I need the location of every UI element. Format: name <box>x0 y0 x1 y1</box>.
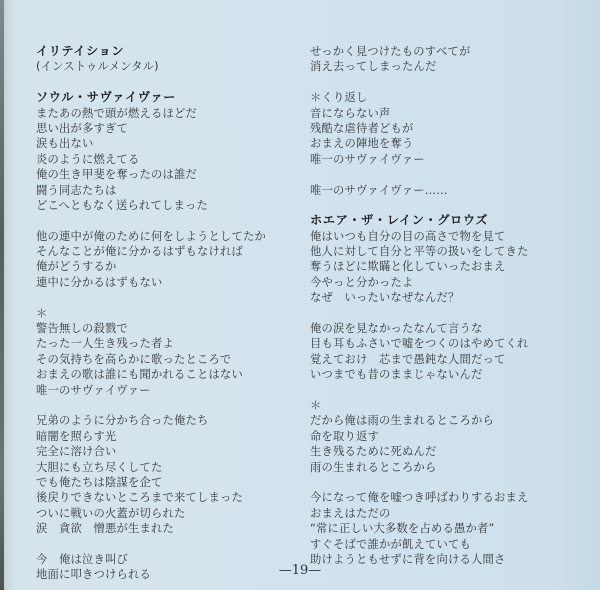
lyric-line: 思い出が多すぎて <box>36 121 306 136</box>
lyric-line: 唯一のサヴァイヴァー…… <box>310 183 590 198</box>
lyric-line: すぐそばで誰かが飢えていても <box>310 537 590 552</box>
lyric-line: おまえの陣地を奪う <box>310 136 590 151</box>
lyric-line: せっかく見つけたものすべてが <box>310 44 590 59</box>
lyric-line: おまえはただの <box>310 506 590 521</box>
lyric-line: たった一人生き残った者よ <box>36 336 306 351</box>
lyric-line: ＊ <box>310 398 590 413</box>
lyric-line: でも俺たちは陰謀を企て <box>36 475 306 490</box>
lyric-line: 目も耳もふさいで嘘をつくのはやめてくれ <box>310 336 590 351</box>
lyric-line: おまえの歌は誰にも聞かれることはない <box>36 367 306 382</box>
lyric-line: 他人に対して自分と平等の扱いをしてきた <box>310 244 590 259</box>
lyric-line: 炎のように燃えてる <box>36 152 306 167</box>
stanza-gap <box>310 475 590 490</box>
lyric-line: 消え去ってしまったんだ <box>310 59 590 74</box>
lyric-line: 命を取り返す <box>310 429 590 444</box>
lyrics-column-right: せっかく見つけたものすべてが消え去ってしまったんだ＊くり返し音にならない声残酷な… <box>310 44 590 567</box>
stanza-gap <box>36 213 306 228</box>
lyric-line: 今になって俺を嘘つき呼ばわりするおまえ <box>310 490 590 505</box>
lyric-line: 雨の生まれるところから <box>310 460 590 475</box>
lyric-line: いつまでも昔のままじゃないんだ <box>310 367 590 382</box>
stanza-gap <box>310 167 590 182</box>
lyric-line: 俺の涙を見なかったなんて言うな <box>310 321 590 336</box>
lyric-line: 他の連中が俺のために何をしようとしてたか <box>36 229 306 244</box>
lyric-line: 警告無しの殺戮で <box>36 321 306 336</box>
lyric-line: 大胆にも立ち尽くしてた <box>36 460 306 475</box>
song-title: ホエア・ザ・レイン・グロウズ <box>310 213 590 228</box>
lyric-line: 闘う同志たちは <box>36 183 306 198</box>
lyric-line: “常に正しい大多数を占める愚か者” <box>310 521 590 536</box>
lyric-line: 奪うほどに欺瞞と化していったおまえ <box>310 259 590 274</box>
lyric-line: 残酷な虐待者どもが <box>310 121 590 136</box>
lyric-line: 涙 貪欲 憎悪が生まれた <box>36 521 306 536</box>
lyric-line: その気持ちを高らかに歌ったところで <box>36 352 306 367</box>
stanza-gap <box>36 398 306 413</box>
page-binding-edge <box>0 0 4 590</box>
lyric-line: 完全に溶け合い <box>36 444 306 459</box>
lyric-line: 音にならない声 <box>310 106 590 121</box>
lyric-line: ＊くり返し <box>310 90 590 105</box>
lyric-line: (インストゥルメンタル) <box>36 59 306 74</box>
lyric-line: だから俺は雨の生まれるところから <box>310 413 590 428</box>
stanza-gap <box>310 198 590 213</box>
lyric-line: 暗闇を照らす光 <box>36 429 306 444</box>
lyrics-column-left: イリテイション(インストゥルメンタル)ソウル・サヴァイヴァーまたあの熱で頭が燃え… <box>36 44 306 583</box>
stanza-gap <box>36 537 306 552</box>
stanza-gap <box>36 290 306 305</box>
lyric-line: 俺の生き甲斐を奪ったのは誰だ <box>36 167 306 182</box>
lyric-line: どこへともなく送られてしまった <box>36 198 306 213</box>
lyric-line: 今やっと分かったよ <box>310 275 590 290</box>
lyric-line: 唯一のサヴァイヴァー <box>36 383 306 398</box>
lyric-line: 連中に分かるはずもない <box>36 275 306 290</box>
stanza-gap <box>310 75 590 90</box>
lyric-line: 兄弟のように分かち合った俺たち <box>36 413 306 428</box>
stanza-gap <box>310 383 590 398</box>
lyric-line: またあの熱で頭が燃えるほどだ <box>36 106 306 121</box>
lyric-line: 後戻りできないところまで来てしまった <box>36 490 306 505</box>
stanza-gap <box>36 75 306 90</box>
lyric-line: 涙も出ない <box>36 136 306 151</box>
lyric-line: 唯一のサヴァイヴァー <box>310 152 590 167</box>
lyric-line: 生き残るために死ぬんだ <box>310 444 590 459</box>
lyric-line: ついに戦いの火蓋が切られた <box>36 506 306 521</box>
stanza-gap <box>310 306 590 321</box>
lyric-line: そんなことが俺に分かるはずもなければ <box>36 244 306 259</box>
lyric-line: なぜ いったいなぜなんだ？ <box>310 290 590 305</box>
song-title: イリテイション <box>36 44 306 59</box>
lyric-line: 俺がどうするか <box>36 259 306 274</box>
song-title: ソウル・サヴァイヴァー <box>36 90 306 105</box>
lyric-line: 俺はいつも自分の目の高さで物を見て <box>310 229 590 244</box>
lyric-line: ＊ <box>36 306 306 321</box>
page-number: —19— <box>0 563 600 578</box>
lyric-line: 覚えておけ 芯まで愚鈍な人間だって <box>310 352 590 367</box>
